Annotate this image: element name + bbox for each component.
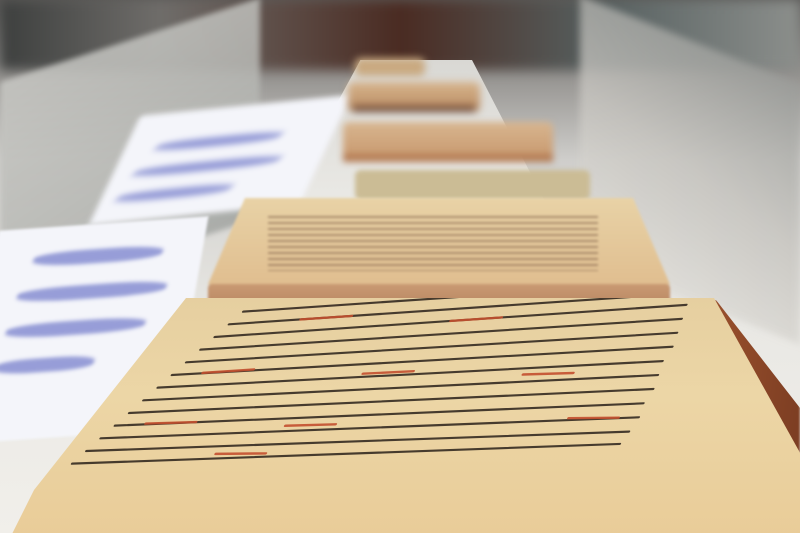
manuscript-2 (355, 170, 590, 200)
manuscript-text (10, 298, 800, 533)
manuscript-0 (10, 298, 800, 533)
manuscript-4 (348, 82, 480, 112)
manuscript-3 (343, 122, 553, 162)
manuscript-1 (208, 198, 670, 306)
photo-scene (0, 0, 800, 533)
manuscript-5 (355, 58, 425, 76)
